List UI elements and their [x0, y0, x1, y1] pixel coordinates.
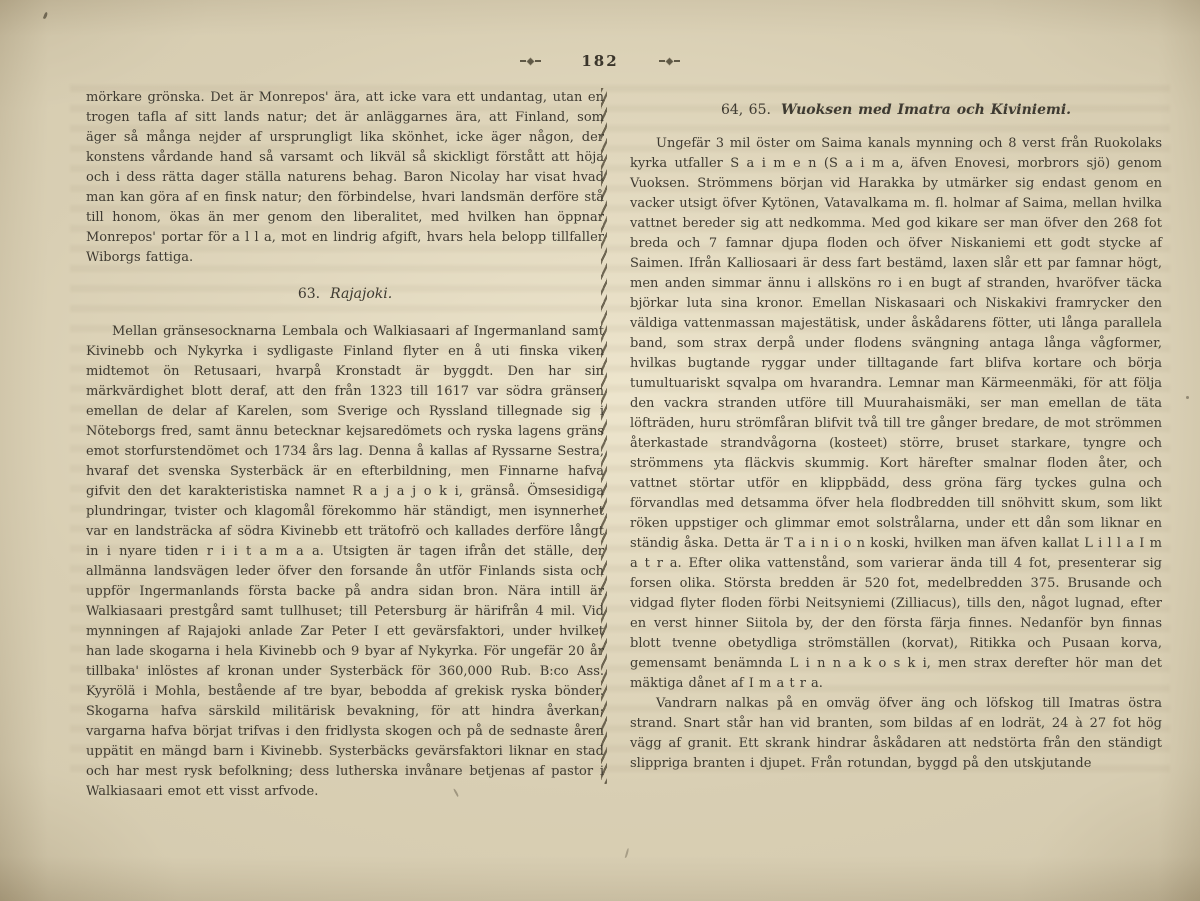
section-heading-64-65: 64, 65.Wuoksen med Imatra och Kiviniemi. — [630, 100, 1162, 120]
page-header: 182 — [0, 52, 1200, 70]
section-number: 63. — [298, 286, 320, 302]
ink-speck — [43, 12, 48, 20]
right-column: 64, 65.Wuoksen med Imatra och Kiviniemi.… — [630, 100, 1162, 774]
section-number: 64, 65. — [721, 102, 771, 118]
fleuron-left-icon — [520, 59, 541, 64]
body-paragraph: Ungefär 3 mil öster om Saima kanals mynn… — [630, 134, 1162, 694]
left-column: mörkare grönska. Det är Monrepos' ära, a… — [86, 88, 604, 802]
page-number: 182 — [581, 52, 618, 70]
section-title: Wuoksen med Imatra och Kiviniemi. — [781, 102, 1071, 118]
ink-speck — [1186, 396, 1189, 399]
section-heading-63: 63.Rajajoki. — [86, 284, 604, 304]
section-title: Rajajoki. — [330, 286, 392, 302]
body-paragraph: Mellan gränsesocknarna Lembala och Walki… — [86, 322, 604, 802]
continuation-paragraph: mörkare grönska. Det är Monrepos' ära, a… — [86, 88, 604, 268]
body-paragraph: Vandrarn nalkas på en omväg öfver äng oc… — [630, 694, 1162, 774]
ink-speck — [625, 848, 630, 858]
scanned-book-page: 182 mörkare grönska. Det är Monrepos' är… — [0, 0, 1200, 901]
fleuron-right-icon — [659, 59, 680, 64]
